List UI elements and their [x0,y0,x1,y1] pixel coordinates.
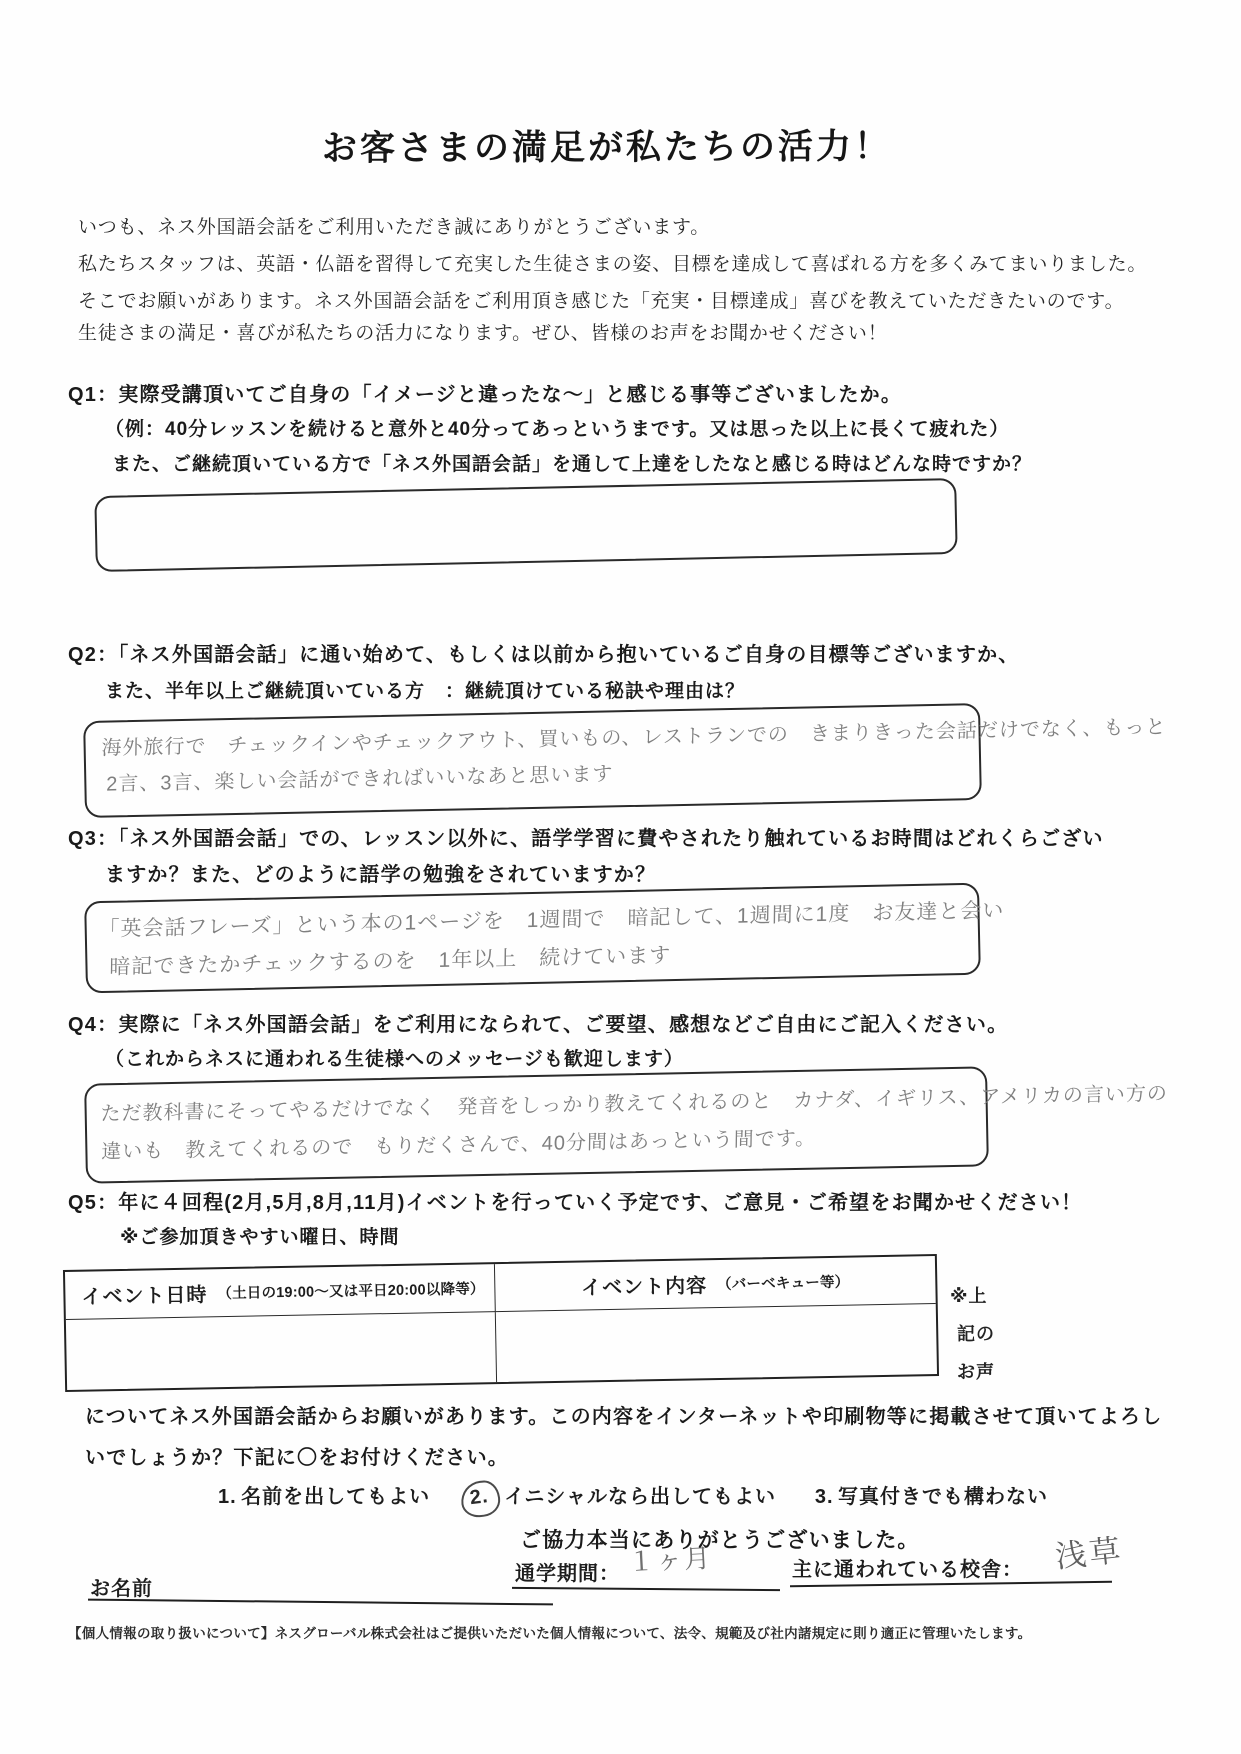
q3-question-line-1: Q3：「ネス外国語会話」での、レッスン以外に、語学学習に費やされたり触れているお… [68,822,1104,851]
q1-question-line: Q1：実際受講頂いてご自身の「イメージと違ったな～」と感じる事等ございましたか。 [68,378,902,407]
q4-question-line: Q4：実際に「ネス外国語会話」をご利用になられて、ご要望、感想などご自由にご記入… [68,1008,1008,1037]
school-field-label: 主に通われている校舎： [792,1553,1023,1582]
q1-question: 実際受講頂いてご自身の「イメージと違ったな～」と感じる事等ございましたか。 [118,384,902,406]
consent-line-1: についてネス外国語会話からお願いがあります。この内容をインターネットや印刷物等に… [85,1400,1162,1429]
page-title: お客さまの満足が私たちの活力！ [322,119,892,171]
intro-line-4: 生徒さまの満足・喜びが私たちの活力になります。ぜひ、皆様のお声をお聞かせください… [78,318,888,345]
school-field-value: 浅草 [1053,1525,1125,1577]
consent-option-1-number: 1. [218,1486,237,1508]
privacy-note: 【個人情報の取り扱いについて】ネスグローバル株式会社はご提供いただいた個人情報に… [68,1622,1031,1642]
scanned-questionnaire-page: お客さまの満足が私たちの活力！ いつも、ネス外国語会話をご利用いただき誠にありが… [0,0,1241,1754]
event-date-cell [66,1312,497,1390]
consent-options-row: 1. 名前を出してもよい 2. イニシャルなら出してもよい 3. 写真付きでも構… [218,1480,1048,1517]
intro-line-2: 私たちスタッフは、英語・仏語を習得して充実した生徒さまの姿、目標を達成して喜ばれ… [78,249,1147,276]
q1-answer-text [96,480,954,508]
event-table-header-content: イベント内容 （バーベキュー等） [495,1256,936,1312]
q2-answer-box: 海外旅行で チェックインやチェックアウト、買いもの、レストランでの きまりきった… [83,703,982,818]
q1-followup: また、ご継続頂いている方で「ネス外国語会話」を通して上達をしたなと感じる時はどん… [112,449,1032,476]
q4-label: Q4： [68,1014,118,1036]
q5-label: Q5： [68,1192,118,1214]
q1-answer-box [94,478,957,572]
q3-label: Q3： [68,828,118,850]
consent-option-3-number: 3. [815,1486,834,1508]
consent-option-2: 2. イニシャルなら出してもよい [461,1490,780,1507]
q1-example: （例：40分レッスンを続けると意外と40分ってあっというまです。又は思った以上に… [105,414,1009,441]
q4-question: 実際に「ネス外国語会話」をご利用になられて、ご要望、感想などご自由にご記入くださ… [118,1014,1008,1036]
event-date-header: イベント日時 [81,1278,208,1309]
consent-option-2-number circle-annotation: 2. [459,1479,502,1519]
q2-question-line: Q2：「ネス外国語会話」に通い始めて、もしくは以前から抱いているご自身の目標等ご… [68,638,1019,667]
period-field-label: 通学期間： [515,1557,620,1586]
q2-followup: また、半年以上ご継続頂いている方 ：継続頂けている秘訣や理由は？ [105,676,745,703]
event-content-header: イベント内容 [581,1269,708,1300]
q1-label: Q1： [68,384,118,406]
consent-option-3: 3. 写真付きでも構わない [815,1490,1048,1507]
thanks-line: ご協力本当にありがとうございました。 [520,1524,920,1554]
intro-line-3: そこでお願いがあります。ネス外国語会話をご利用頂き感じた「充実・目標達成」喜びを… [78,286,1124,313]
event-date-note: （土日の19:00～又は平日20:00以降等） [217,1277,485,1303]
period-field-value: １ヶ月 [627,1538,713,1579]
consent-option-1: 1. 名前を出してもよい [218,1490,435,1507]
event-table-header-date: イベント日時 （土日の19:00～又は平日20:00以降等） [65,1264,496,1320]
q5-question: 年に４回程(2月,5月,8月,11月)イベントを行っていく予定です、ご意見・ご希… [118,1192,1082,1214]
q5-note: ※ご参加頂きやすい曜日、時間 [120,1222,399,1249]
period-field-underline [512,1587,780,1591]
table-side-note-1: ※上 [950,1282,988,1308]
consent-line-2: いでしょうか？下記に〇をお付けください。 [85,1441,509,1470]
consent-option-3-text: 写真付きでも構わない [838,1486,1048,1508]
event-content-cell [496,1304,937,1382]
table-side-note-2: 記の [957,1320,995,1346]
q5-question-line: Q5：年に４回程(2月,5月,8月,11月)イベントを行っていく予定です、ご意見… [68,1186,1082,1215]
q4-note: （これからネスに通われる生徒様へのメッセージも歓迎します） [105,1044,684,1071]
q3-answer-box: 「英会話フレーズ」という本の1ページを 1週間で 暗記して、1週間に1度 お友達… [84,883,981,994]
q4-answer-box: ただ教科書にそってやるだけでなく 発音をしっかり教えてくれるのと カナダ、イギリ… [84,1066,989,1183]
q3-question-part1: 「ネス外国語会話」での、レッスン以外に、語学学習に費やされたり触れているお時間は… [118,828,1103,850]
q2-label: Q2： [68,644,118,666]
intro-line-1: いつも、ネス外国語会話をご利用いただき誠にありがとうございます。 [78,212,710,239]
consent-option-1-text: 名前を出してもよい [241,1486,430,1508]
table-side-note-3: お声 [957,1358,995,1384]
event-content-note: （バーベキュー等） [717,1271,850,1294]
name-field-underline [88,1599,553,1606]
event-table: イベント日時 （土日の19:00～又は平日20:00以降等） イベント内容 （バ… [63,1254,939,1392]
q2-question: 「ネス外国語会話」に通い始めて、もしくは以前から抱いているご自身の目標等ございま… [118,644,1019,666]
q3-question-line-2: ますか？また、どのように語学の勉強をされていますか？ [105,858,656,887]
name-field-label: お名前 [90,1572,153,1601]
consent-option-2-text: イニシャルなら出してもよい [504,1486,776,1508]
